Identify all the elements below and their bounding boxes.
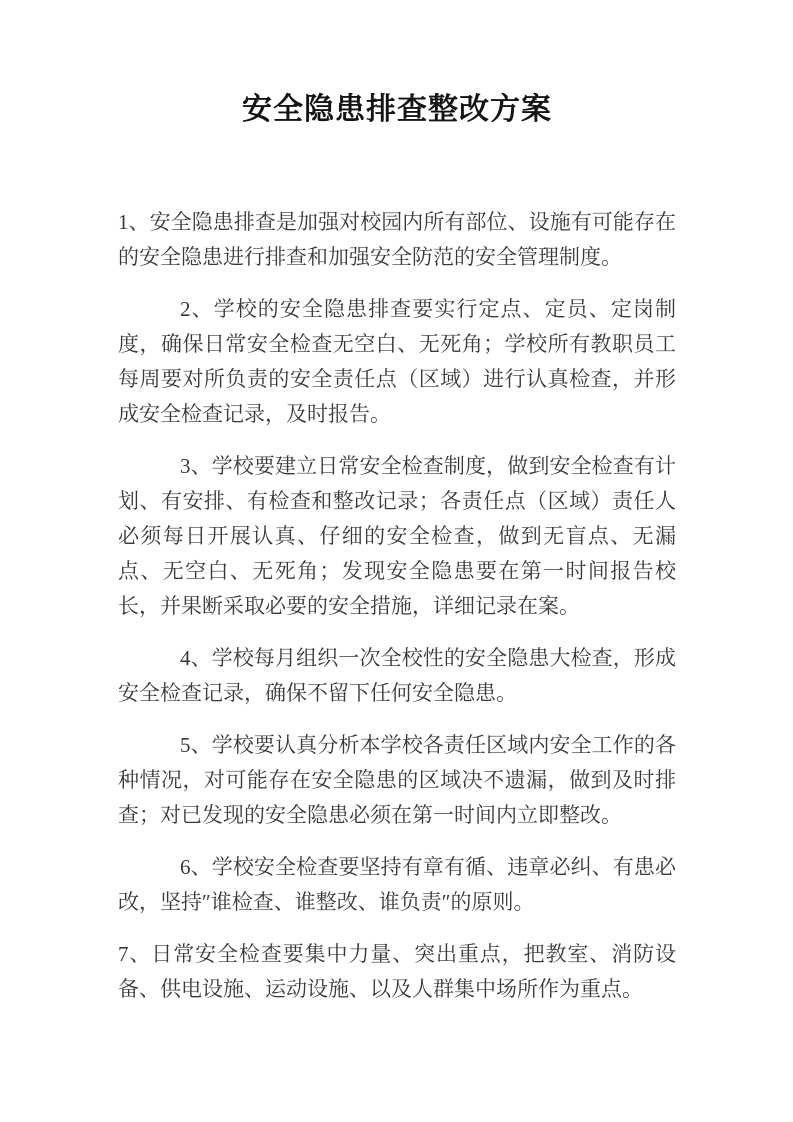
paragraph: 3、学校要建立日常安全检查制度，做到安全检查有计划、有安排、有检查和整改记录；各…	[118, 449, 676, 624]
paragraph: 5、学校要认真分析本学校各责任区域内安全工作的各种情况，对可能存在安全隐患的区域…	[118, 728, 676, 833]
paragraph: 4、学校每月组织一次全校性的安全隐患大检查，形成安全检查记录，确保不留下任何安全…	[118, 641, 676, 711]
document-title: 安全隐患排查整改方案	[118, 90, 676, 130]
paragraph: 6、学校安全检查要坚持有章有循、违章必纠、有患必改，坚持″谁检查、谁整改、谁负责…	[118, 850, 676, 920]
paragraph: 7、日常安全检查要集中力量、突出重点，把教室、消防设备、供电设施、运动设施、以及…	[118, 937, 676, 1007]
paragraph: 1、安全隐患排查是加强对校园内所有部位、设施有可能存在的安全隐患进行排查和加强安…	[118, 205, 676, 275]
document-body: 1、安全隐患排查是加强对校园内所有部位、设施有可能存在的安全隐患进行排查和加强安…	[118, 205, 676, 1007]
paragraph: 2、学校的安全隐患排查要实行定点、定员、定岗制度，确保日常安全检查无空白、无死角…	[118, 292, 676, 432]
document-page: 安全隐患排查整改方案 1、安全隐患排查是加强对校园内所有部位、设施有可能存在的安…	[0, 0, 793, 1122]
